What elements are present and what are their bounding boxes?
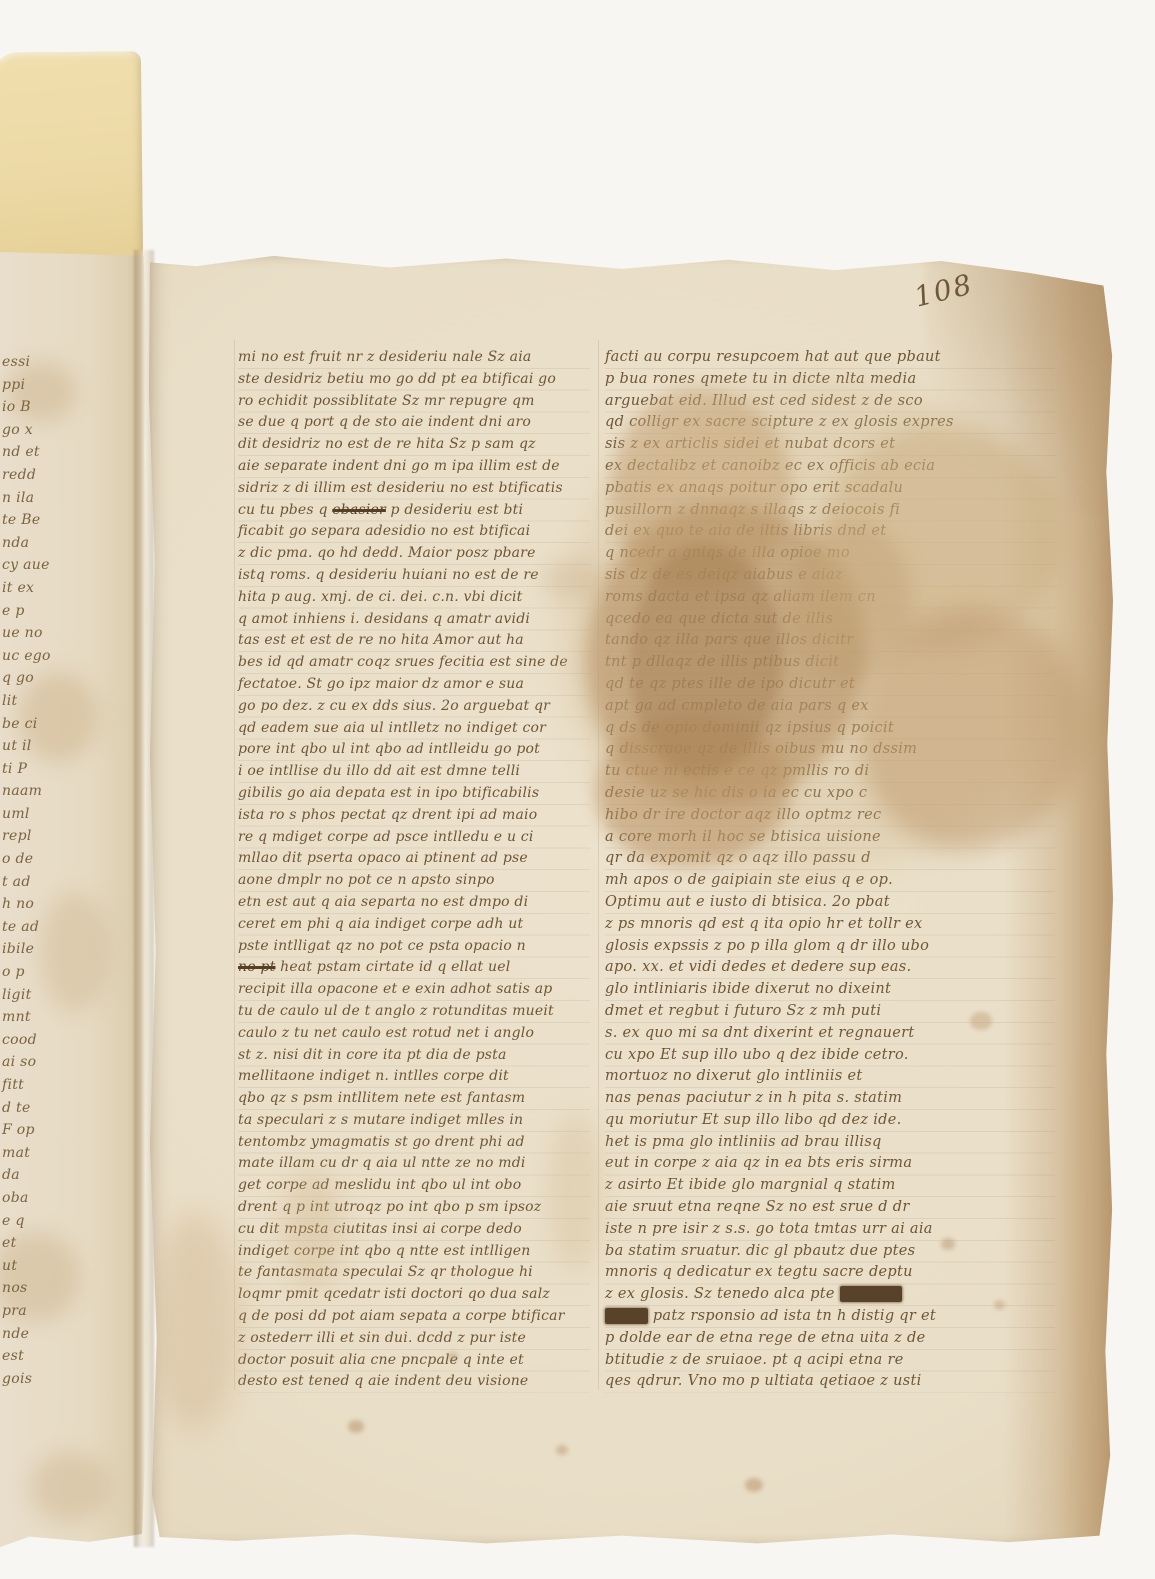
text-line: essi <box>2 351 122 374</box>
text-line: aone dmplr no pot ce n apsto sinpo <box>238 870 590 892</box>
text-line: istq roms. q desideriu huiani no est de … <box>238 565 590 587</box>
text-line: ligit <box>2 984 122 1007</box>
parchment-mottle <box>30 1452 110 1522</box>
text-line: nd et <box>2 441 122 464</box>
text-line: repl <box>2 825 122 848</box>
text-line: o p <box>2 961 122 984</box>
text-line: re q mdiget corpe ad psce intlledu e u c… <box>238 827 590 849</box>
text-line: fectatoe. St go ipz maior dz amor e sua <box>238 674 590 696</box>
text-line: mat <box>2 1142 122 1165</box>
text-line: ue no <box>2 622 122 645</box>
text-line: aie sruut etna reqne Sz no est srue d dr <box>605 1197 1055 1219</box>
text-line: gibilis go aia depata est in ipo btifica… <box>238 783 590 805</box>
text-line: cood <box>2 1029 122 1052</box>
text-line: e q <box>2 1210 122 1233</box>
foxing-spot <box>970 1012 992 1030</box>
text-line: da <box>2 1164 122 1187</box>
text-line: go x <box>2 419 122 442</box>
text-line: F op <box>2 1119 122 1142</box>
text-line: ut il <box>2 735 122 758</box>
text-line: go po dez. z cu ex dds sius. 2o arguebat… <box>238 696 590 718</box>
text-line: uml <box>2 803 122 826</box>
text-line: mnt <box>2 1006 122 1029</box>
margin-stain <box>548 1112 603 1272</box>
text-line: z ostederr illi et sin dui. dcdd z pur i… <box>238 1328 590 1350</box>
text-line: q go <box>2 667 122 690</box>
text-line: qes qdrur. Vno mo p ultiata qetiaoe z us… <box>605 1371 1055 1393</box>
yellow-page-edge <box>0 51 143 267</box>
text-line: pste intlligat qz no pot ce psta opacio … <box>238 936 590 958</box>
text-line: ro echidit possiblitate Sz mr repugre qm <box>238 391 590 413</box>
text-line: uc ego <box>2 645 122 668</box>
text-line: ceret em phi q aia indiget corpe adh ut <box>238 914 590 936</box>
text-line: se due q port q de sto aie indent dni ar… <box>238 412 590 434</box>
text-line: o de <box>2 848 122 871</box>
foxing-spot <box>448 1352 458 1361</box>
text-line: st z. nisi dit in core ita pt dia de pst… <box>238 1045 590 1067</box>
text-line: oba <box>2 1187 122 1210</box>
text-line: et <box>2 1232 122 1255</box>
text-line: desto est tened q aie indent deu visione <box>238 1371 590 1393</box>
text-line: nos <box>2 1277 122 1300</box>
text-line: mellitaone indiget n. intlles corpe dit <box>238 1066 590 1088</box>
text-line: dit desidriz no est de re hita Sz p sam … <box>238 434 590 456</box>
text-line: z ex glosis. Sz tenedo alca pte quossim <box>605 1284 1055 1306</box>
text-line: cy aue <box>2 554 122 577</box>
text-line: q de posi dd pot aiam sepata a corpe bti… <box>238 1306 590 1328</box>
text-line: z ps mnoris qd est q ita opio hr et toll… <box>605 914 1055 936</box>
text-line: be ci <box>2 713 122 736</box>
facing-page-text-fragments: essippiio Bgo xnd etreddn ilate Bendacy … <box>2 351 122 1390</box>
text-line: ta speculari z s mutare indiget mlles in <box>238 1110 590 1132</box>
text-line: het is pma glo intliniis ad brau illisq <box>605 1132 1055 1154</box>
text-line: Optimu aut e iusto di btisica. 2o pbat <box>605 892 1055 914</box>
text-line: t ad <box>2 871 122 894</box>
margin-stain <box>150 1212 240 1432</box>
text-line: loqmr pmit qcedatr isti doctori qo dua s… <box>238 1284 590 1306</box>
text-line: ti P <box>2 758 122 781</box>
text-line: mate illam cu dr q aia ul ntte ze no mdi <box>238 1153 590 1175</box>
margin-stain <box>543 560 603 600</box>
text-line: sidriz z di illim est desideriu no est b… <box>238 478 590 500</box>
text-line: mi no est fruit nr z desideriu nale Sz a… <box>238 347 590 369</box>
text-line: mnoris q dedicatur ex tegtu sacre deptu <box>605 1262 1055 1284</box>
foxing-spot <box>941 1238 955 1250</box>
foxing-spot <box>745 1478 763 1492</box>
text-line: h no <box>2 893 122 916</box>
text-line: cu tu pbes q ebasier p desideriu est bti <box>238 500 590 522</box>
text-line: hita p aug. xmj. de ci. dei. c.n. vbi di… <box>238 587 590 609</box>
text-line: qu moriutur Et sup illo libo qd dez ide. <box>605 1110 1055 1132</box>
text-line: gois <box>2 1368 122 1391</box>
text-line: mllao dit pserta opaco ai ptinent ad pse <box>238 848 590 870</box>
text-line: e p <box>2 600 122 623</box>
text-line: ai so <box>2 1051 122 1074</box>
foxing-spot <box>556 1445 568 1455</box>
text-line: tentombz ymagmatis st go drent phi ad <box>238 1132 590 1154</box>
text-line: it ex <box>2 577 122 600</box>
text-line: i oe intllise du illo dd ait est dmne te… <box>238 761 590 783</box>
text-line: bes id qd amatr coqz srues fecitia est s… <box>238 652 590 674</box>
text-line: d te <box>2 1097 122 1120</box>
text-line: glo intliniaris ibide dixerut no dixeint <box>605 979 1055 1001</box>
manuscript-photo: essippiio Bgo xnd etreddn ilate Bendacy … <box>0 0 1155 1579</box>
text-line: z asirto Et ibide glo margnial q statim <box>605 1175 1055 1197</box>
text-line: q amot inhiens i. desidans q amatr avidi <box>238 609 590 631</box>
text-line: cu xpo Et sup illo ubo q dez ibide cetro… <box>605 1045 1055 1067</box>
text-line: nda <box>2 532 122 555</box>
text-line: p dolde ear de etna rege de etna uita z … <box>605 1328 1055 1350</box>
facing-page-strip: essippiio Bgo xnd etreddn ilate Bendacy … <box>0 252 148 1547</box>
text-line: lit <box>2 690 122 713</box>
text-line: apo. xx. et vidi dedes et dedere sup eas… <box>605 957 1055 979</box>
text-line: fitt <box>2 1074 122 1097</box>
text-line: nas penas paciutur z in h pita s. statim <box>605 1088 1055 1110</box>
text-line: ibile <box>2 938 122 961</box>
margin-stain <box>283 1170 343 1290</box>
text-line: a fide patz rsponsio ad ista tn h distig… <box>605 1306 1055 1328</box>
text-line: mortuoz no dixerut glo intliniis et <box>605 1066 1055 1088</box>
text-line: z dic pma. qo hd dedd. Maior posz pbare <box>238 543 590 565</box>
text-line: ista ro s phos pectat qz drent ipi ad ma… <box>238 805 590 827</box>
text-line: etn est aut q aia separta no est dmpo di <box>238 892 590 914</box>
text-line: glosis expssis z po p illa glom q dr ill… <box>605 936 1055 958</box>
text-line: eut in corpe z aia qz in ea bts eris sir… <box>605 1153 1055 1175</box>
text-line: pra <box>2 1300 122 1323</box>
text-line: no pt heat pstam cirtate id q ellat uel <box>238 957 590 979</box>
text-line: qd eadem sue aia ul intlletz no indiget … <box>238 718 590 740</box>
text-line: btitudie z de sruiaoe. pt q acipi etna r… <box>605 1350 1055 1372</box>
text-line: caulo z tu net caulo est rotud net i ang… <box>238 1023 590 1045</box>
text-line: ba statim sruatur. dic gl pbautz due pte… <box>605 1241 1055 1263</box>
ruling-line <box>234 340 235 1390</box>
text-line: recipit illa opacone et e exin adhot sat… <box>238 979 590 1001</box>
text-line: io B <box>2 396 122 419</box>
text-line: redd <box>2 464 122 487</box>
text-line: te ad <box>2 916 122 939</box>
text-line: ppi <box>2 374 122 397</box>
text-line: n ila <box>2 487 122 510</box>
text-line: facti au corpu resupcoem hat aut que pba… <box>605 347 1055 369</box>
text-line: naam <box>2 780 122 803</box>
text-line: aie separate indent dni go m ipa illim e… <box>238 456 590 478</box>
text-line: tu de caulo ul de t anglo z rotunditas m… <box>238 1001 590 1023</box>
text-line: pore int qbo ul int qbo ad intlleidu go … <box>238 739 590 761</box>
foxing-spot <box>348 1420 364 1433</box>
text-line: ficabit go separa adesidio no est btific… <box>238 521 590 543</box>
text-line: est <box>2 1345 122 1368</box>
text-line: te Be <box>2 509 122 532</box>
text-line: iste n pre isir z s.s. go tota tmtas urr… <box>605 1219 1055 1241</box>
text-line: nde <box>2 1323 122 1346</box>
text-line: qbo qz s psm intllitem nete est fantasm <box>238 1088 590 1110</box>
text-line: tas est et est de re no hita Amor aut ha <box>238 630 590 652</box>
text-line: ste desidriz betiu mo go dd pt ea btific… <box>238 369 590 391</box>
text-line: doctor posuit alia cne pncpale q inte et <box>238 1350 590 1372</box>
manuscript-page: 108 mi no est fruit nr z desideriu nale … <box>148 252 1115 1546</box>
foxing-spot <box>994 1300 1005 1310</box>
text-line: ut <box>2 1255 122 1278</box>
